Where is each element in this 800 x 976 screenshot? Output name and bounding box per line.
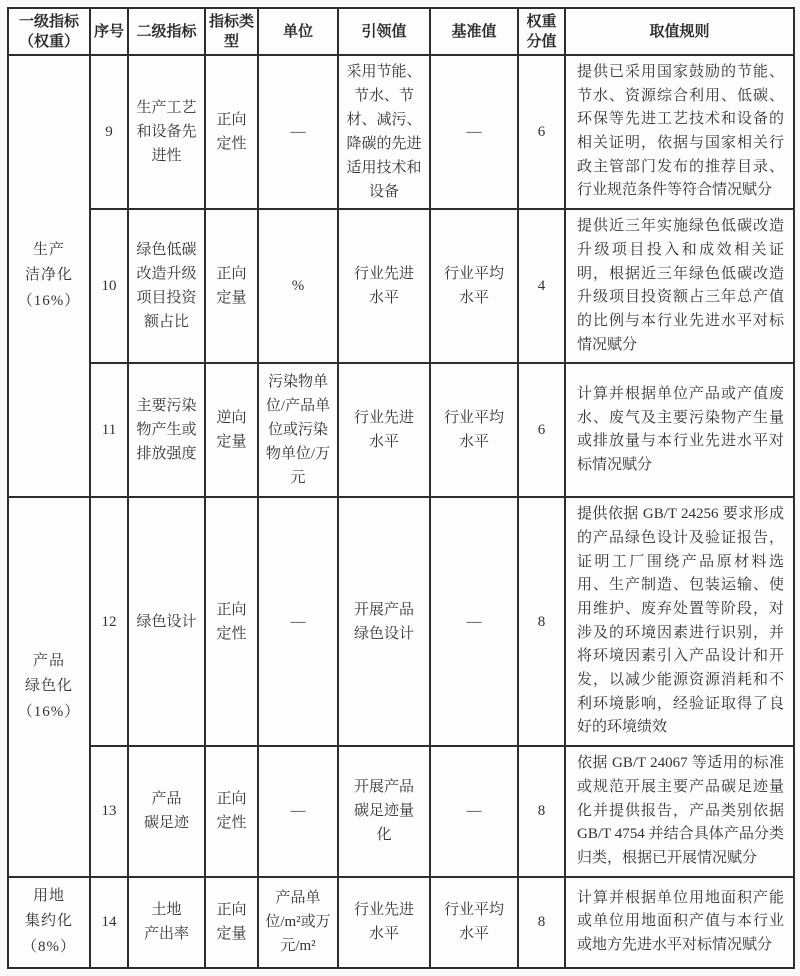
serial-cell: 14 <box>90 877 128 968</box>
leading-value-cell: 采用节能、节水、节材、减污、降碳的先进适用技术和设备 <box>338 55 430 209</box>
table-row: 生产 洁净化 （16%） 9 生产工艺和设备先进性 正向定性 — 采用节能、节水… <box>8 55 794 209</box>
header-leading-value: 引领值 <box>338 8 430 55</box>
indicator-cell: 生产工艺和设备先进性 <box>128 55 205 209</box>
weight-cell: 6 <box>518 55 565 209</box>
group-label-land-intensiveness: 用地 集约化 （8%） <box>8 877 90 968</box>
weight-cell: 4 <box>518 209 565 363</box>
header-weight-score: 权重分值 <box>518 8 565 55</box>
baseline-value-cell: — <box>430 55 518 209</box>
indicator-cell: 主要污染物产生或排放强度 <box>128 363 205 497</box>
serial-cell: 9 <box>90 55 128 209</box>
rule-cell: 计算并根据单位用地面积产能或单位用地面积产值与本行业或地方先进水平对标情况赋分 <box>565 877 794 968</box>
unit-cell: % <box>258 209 338 363</box>
table-header-row: 一级指标（权重） 序号 二级指标 指标类型 单位 引领值 基准值 权重分值 取值… <box>8 8 794 55</box>
table-row: 产品 绿色化 （16%） 12 绿色设计 正向定性 — 开展产品 绿色设计 — … <box>8 497 794 746</box>
unit-cell: 污染物单位/产品单位或污染物单位/万元 <box>258 363 338 497</box>
leading-value-cell: 开展产品 绿色设计 <box>338 497 430 746</box>
baseline-value-cell: 行业平均 水平 <box>430 363 518 497</box>
type-cell: 逆向定量 <box>205 363 258 497</box>
group-label-product-greenness: 产品 绿色化 （16%） <box>8 497 90 876</box>
header-indicator-type: 指标类型 <box>205 8 258 55</box>
header-primary-indicator: 一级指标（权重） <box>8 8 90 55</box>
type-cell: 正向定性 <box>205 497 258 746</box>
weight-cell: 8 <box>518 746 565 876</box>
table-row: 10 绿色低碳改造升级项目投资额占比 正向定量 % 行业先进 水平 行业平均 水… <box>8 209 794 363</box>
leading-value-cell: 行业先进 水平 <box>338 209 430 363</box>
serial-cell: 11 <box>90 363 128 497</box>
leading-value-cell: 行业先进 水平 <box>338 877 430 968</box>
baseline-value-cell: 行业平均 水平 <box>430 209 518 363</box>
unit-cell: — <box>258 55 338 209</box>
header-scoring-rule: 取值规则 <box>565 8 794 55</box>
green-factory-indicator-table: 一级指标（权重） 序号 二级指标 指标类型 单位 引领值 基准值 权重分值 取值… <box>7 7 795 969</box>
header-secondary-indicator: 二级指标 <box>128 8 205 55</box>
rule-cell: 提供已采用国家鼓励的节能、节水、资源综合利用、低碳、环保等先进工艺技术和设备的相… <box>565 55 794 209</box>
header-baseline-value: 基准值 <box>430 8 518 55</box>
leading-value-cell: 开展产品 碳足迹量 化 <box>338 746 430 876</box>
indicator-cell: 土地 产出率 <box>128 877 205 968</box>
rule-cell: 提供依据 GB/T 24256 要求形成的产品绿色设计及验证报告，证明工厂围绕产… <box>565 497 794 746</box>
type-cell: 正向定性 <box>205 746 258 876</box>
weight-cell: 8 <box>518 497 565 746</box>
rule-cell: 提供近三年实施绿色低碳改造升级项目投入和成效相关证明，根据近三年绿色低碳改造升级… <box>565 209 794 363</box>
weight-cell: 8 <box>518 877 565 968</box>
type-cell: 正向定量 <box>205 877 258 968</box>
document-page: 一级指标（权重） 序号 二级指标 指标类型 单位 引领值 基准值 权重分值 取值… <box>0 0 800 976</box>
unit-cell: — <box>258 746 338 876</box>
serial-cell: 10 <box>90 209 128 363</box>
serial-cell: 12 <box>90 497 128 746</box>
weight-cell: 6 <box>518 363 565 497</box>
type-cell: 正向定量 <box>205 209 258 363</box>
baseline-value-cell: — <box>430 497 518 746</box>
header-serial-number: 序号 <box>90 8 128 55</box>
header-unit: 单位 <box>258 8 338 55</box>
indicator-cell: 产品 碳足迹 <box>128 746 205 876</box>
rule-cell: 计算并根据单位产品或产值废水、废气及主要污染物产生量或排放量与本行业先进水平对标… <box>565 363 794 497</box>
indicator-cell: 绿色设计 <box>128 497 205 746</box>
rule-cell: 依据 GB/T 24067 等适用的标准或规范开展主要产品碳足迹量化并提供报告，… <box>565 746 794 876</box>
type-cell: 正向定性 <box>205 55 258 209</box>
baseline-value-cell: 行业平均 水平 <box>430 877 518 968</box>
table-row: 11 主要污染物产生或排放强度 逆向定量 污染物单位/产品单位或污染物单位/万元… <box>8 363 794 497</box>
serial-cell: 13 <box>90 746 128 876</box>
table-row: 用地 集约化 （8%） 14 土地 产出率 正向定量 产品单位/m²或万元/m²… <box>8 877 794 968</box>
indicator-cell: 绿色低碳改造升级项目投资额占比 <box>128 209 205 363</box>
unit-cell: — <box>258 497 338 746</box>
table-row: 13 产品 碳足迹 正向定性 — 开展产品 碳足迹量 化 — 8 依据 GB/T… <box>8 746 794 876</box>
leading-value-cell: 行业先进 水平 <box>338 363 430 497</box>
baseline-value-cell: — <box>430 746 518 876</box>
group-label-production-cleanliness: 生产 洁净化 （16%） <box>8 55 90 497</box>
unit-cell: 产品单位/m²或万元/m² <box>258 877 338 968</box>
